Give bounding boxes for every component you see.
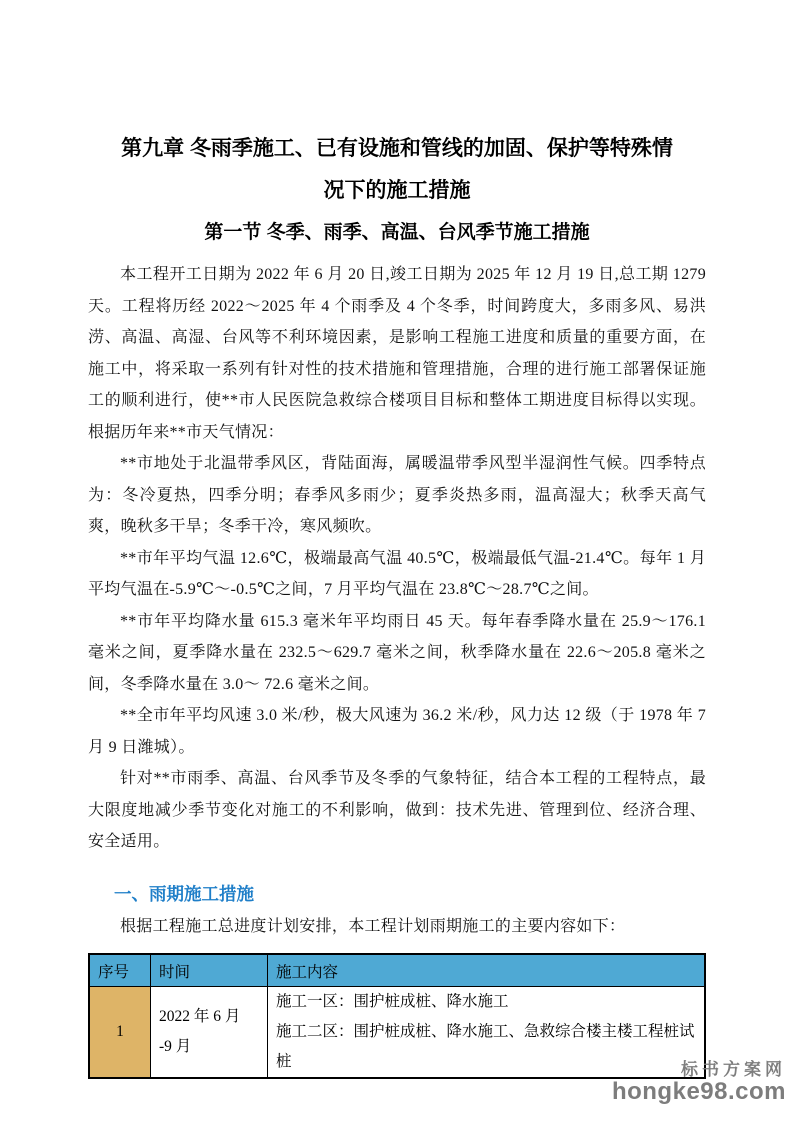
table-cell-no: 1 <box>89 987 151 1079</box>
table-header-time: 时间 <box>151 954 268 987</box>
subsection-heading-rainy-season: 一、雨期施工措施 <box>114 882 706 906</box>
paragraph-project-dates: 本工程开工日期为 2022 年 6 月 20 日,竣工日期为 2025 年 12… <box>88 259 706 448</box>
document-content: 第九章 冬雨季施工、已有设施和管线的加固、保护等特殊情 况下的施工措施 第一节 … <box>88 128 706 1079</box>
table-intro: 根据工程施工总进度计划安排，本工程计划雨期施工的主要内容如下： <box>88 911 706 943</box>
paragraph-temperature: **市年平均气温 12.6℃，极端最高气温 40.5℃，极端最低气温-21.4℃… <box>88 543 706 606</box>
watermark: 标书方案网 hongke98.com <box>612 1061 786 1104</box>
section-title: 第一节 冬季、雨季、高温、台风季节施工措施 <box>88 212 706 254</box>
chapter-title-line1: 第九章 冬雨季施工、已有设施和管线的加固、保护等特殊情 <box>88 128 706 170</box>
time-line-1: 2022 年 6 月 <box>159 1002 259 1032</box>
paragraph-rainfall: **市年平均降水量 615.3 毫米年平均雨日 45 天。每年春季降水量在 25… <box>88 606 706 701</box>
chapter-title: 第九章 冬雨季施工、已有设施和管线的加固、保护等特殊情 况下的施工措施 <box>88 128 706 212</box>
paragraph-wind: **全市年平均风速 3.0 米/秒，极大风速为 36.2 米/秒，风力达 12 … <box>88 700 706 763</box>
paragraph-measures-goal: 针对**市雨季、高温、台风季节及冬季的气象特征，结合本工程的工程特点，最大限度地… <box>88 763 706 858</box>
table-header-row: 序号 时间 施工内容 <box>89 954 705 987</box>
body-text: 本工程开工日期为 2022 年 6 月 20 日,竣工日期为 2025 年 12… <box>88 259 706 858</box>
paragraph-climate-overview: **市地处于北温带季风区，背陆面海，属暖温带季风型半湿润性气候。四季特点为：冬冷… <box>88 448 706 543</box>
watermark-site-url: hongke98.com <box>612 1079 786 1104</box>
document-page: 第九章 冬雨季施工、已有设施和管线的加固、保护等特殊情 况下的施工措施 第一节 … <box>0 0 793 1122</box>
content-line-1: 施工一区：围护桩成桩、降水施工 <box>276 987 696 1017</box>
table-header-no: 序号 <box>89 954 151 987</box>
table-header-content: 施工内容 <box>268 954 706 987</box>
table-cell-time: 2022 年 6 月 -9 月 <box>151 987 268 1079</box>
time-line-2: -9 月 <box>159 1032 259 1062</box>
watermark-site-name: 标书方案网 <box>612 1061 786 1079</box>
chapter-title-line2: 况下的施工措施 <box>88 170 706 212</box>
